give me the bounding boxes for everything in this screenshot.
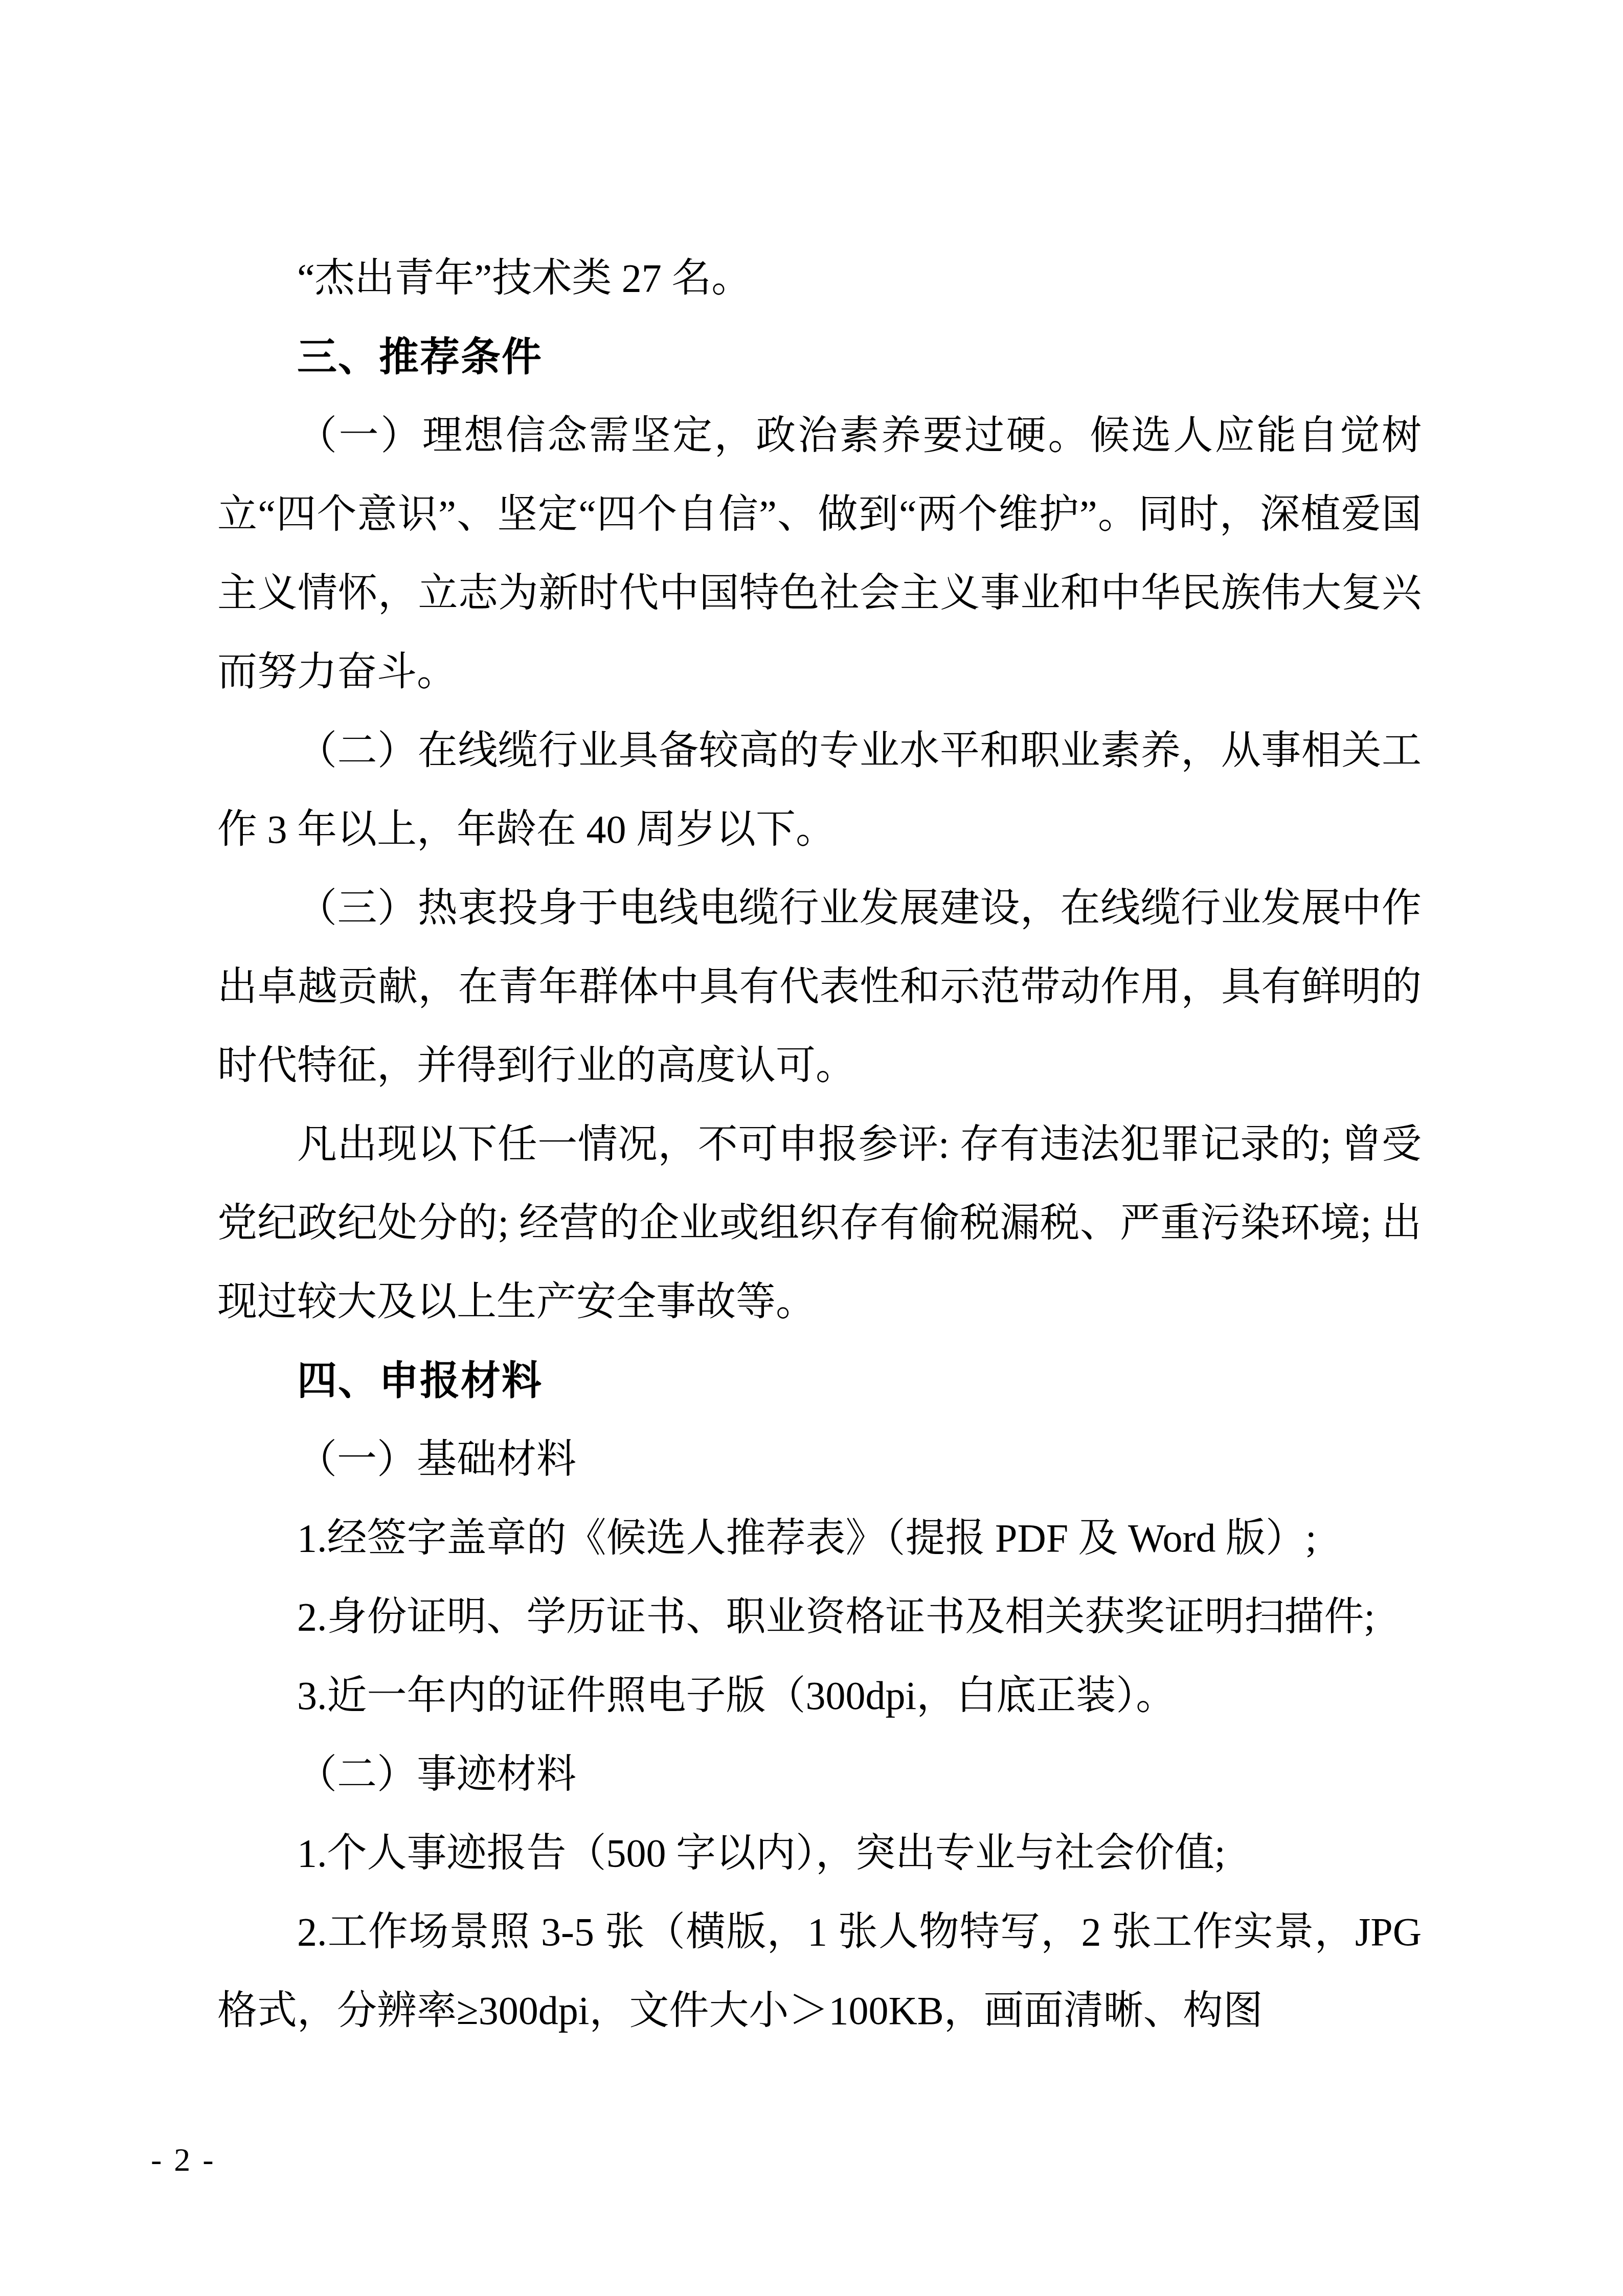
paragraph-basic-materials-label: （一）基础材料 [217, 1420, 1422, 1499]
paragraph-criteria-3: （三）热衷投身于电线电缆行业发展建设，在线缆行业发展中作出卓越贡献，在青年群体中… [217, 869, 1422, 1105]
paragraph-quota-outstanding-youth: “杰出青年”技术类 27 名。 [217, 239, 1422, 318]
paragraph-basic-materials-item-3: 3.近一年内的证件照电子版（300dpi，白底正装）。 [217, 1656, 1422, 1735]
paragraph-deeds-materials-item-1: 1.个人事迹报告（500 字以内），突出专业与社会价值; [217, 1814, 1422, 1893]
paragraph-disqualification-conditions: 凡出现以下任一情况，不可申报参评: 存有违法犯罪记录的; 曾受党纪政纪处分的; … [217, 1105, 1422, 1341]
paragraph-criteria-1: （一）理想信念需坚定，政治素养要过硬。候选人应能自觉树立“四个意识”、坚定“四个… [217, 396, 1422, 711]
paragraph-basic-materials-item-2: 2.身份证明、学历证书、职业资格证书及相关获奖证明扫描件; [217, 1578, 1422, 1656]
document-page: “杰出青年”技术类 27 名。 三、推荐条件 （一）理想信念需坚定，政治素养要过… [0, 0, 1623, 2296]
document-body: “杰出青年”技术类 27 名。 三、推荐条件 （一）理想信念需坚定，政治素养要过… [217, 239, 1422, 2050]
paragraph-deeds-materials-item-2: 2.工作场景照 3-5 张（横版，1 张人物特写，2 张工作实景，JPG 格式，… [217, 1893, 1422, 2050]
page-number: - 2 - [151, 2144, 216, 2176]
heading-section-3-recommendation-criteria: 三、推荐条件 [217, 318, 1422, 396]
heading-section-4-application-materials: 四、申报材料 [217, 1341, 1422, 1420]
paragraph-criteria-2: （二）在线缆行业具备较高的专业水平和职业素养，从事相关工作 3 年以上，年龄在 … [217, 711, 1422, 869]
paragraph-deeds-materials-label: （二）事迹材料 [217, 1735, 1422, 1814]
paragraph-basic-materials-item-1: 1.经签字盖章的《候选人推荐表》（提报 PDF 及 Word 版）; [217, 1499, 1422, 1578]
